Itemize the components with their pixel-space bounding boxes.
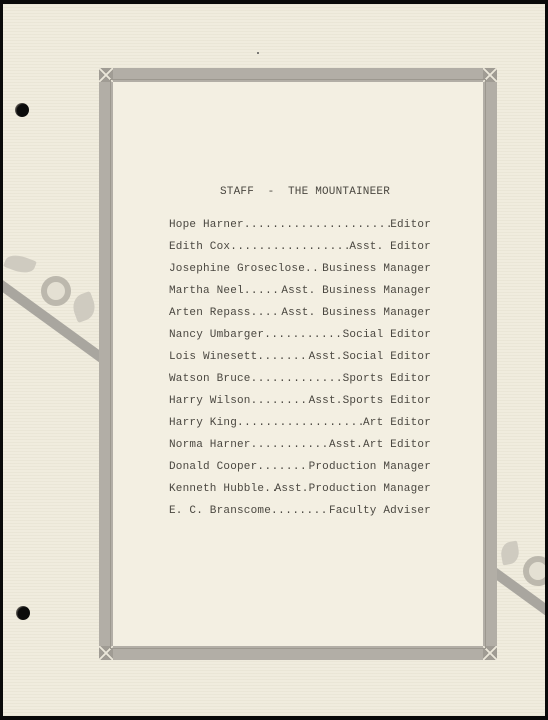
staff-role: Asst.Art Editor — [329, 439, 431, 451]
staff-role: Faculty Adviser — [329, 505, 431, 517]
staff-row: Nancy UmbargerSocial Editor — [169, 329, 431, 351]
staff-row: Watson BruceSports Editor — [169, 373, 431, 395]
staff-row: Josephine GrosecloseBusiness Manager — [169, 263, 431, 285]
staff-row: Kenneth HubbleAsst.Production Manager — [169, 483, 431, 505]
staff-row: Harry KingArt Editor — [169, 417, 431, 439]
staff-role: Editor — [390, 219, 431, 231]
staff-row: Norma HarnerAsst.Art Editor — [169, 439, 431, 461]
dot-leader — [237, 417, 363, 429]
page-content: STAFF - THE MOUNTAINEER Hope HarnerEdito… — [113, 82, 483, 646]
staff-role: Social Editor — [343, 329, 431, 341]
staff-row: Edith CoxAsst. Editor — [169, 241, 431, 263]
dot-leader — [244, 285, 282, 297]
staff-role: Art Editor — [363, 417, 431, 429]
staff-name: Watson Bruce — [169, 373, 251, 385]
corner-ornament — [483, 646, 497, 660]
staff-list: Hope HarnerEditorEdith CoxAsst. EditorJo… — [169, 219, 431, 527]
staff-role: Sports Editor — [343, 373, 431, 385]
paper-speck — [257, 52, 259, 54]
staff-row: Lois WinesettAsst.Social Editor — [169, 351, 431, 373]
dot-leader — [230, 241, 349, 253]
scanned-page: STAFF - THE MOUNTAINEER Hope HarnerEdito… — [3, 4, 545, 716]
dot-leader — [251, 395, 309, 407]
acanthus-leaf-ornament — [499, 541, 521, 566]
dot-leader — [264, 483, 274, 495]
staff-role: Asst.Production Manager — [275, 483, 431, 495]
dot-leader — [251, 373, 343, 385]
staff-role: Asst. Business Manager — [281, 307, 431, 319]
staff-name: Edith Cox — [169, 241, 230, 253]
staff-row: E. C. BranscomeFaculty Adviser — [169, 505, 431, 527]
staff-row: Harry WilsonAsst.Sports Editor — [169, 395, 431, 417]
dot-leader — [305, 263, 322, 275]
staff-role: Business Manager — [322, 263, 431, 275]
staff-name: Harry King — [169, 417, 237, 429]
staff-name: Kenneth Hubble — [169, 483, 264, 495]
dot-leader — [251, 439, 329, 451]
staff-role: Asst. Business Manager — [281, 285, 431, 297]
dot-leader — [257, 461, 308, 473]
staff-name: Hope Harner — [169, 219, 244, 231]
scroll-ornament — [523, 556, 545, 586]
acanthus-leaf-ornament — [69, 291, 99, 323]
dot-leader — [257, 351, 308, 363]
corner-ornament — [99, 68, 113, 82]
punch-hole — [15, 103, 29, 117]
staff-name: E. C. Branscome — [169, 505, 271, 517]
staff-role: Asst. Editor — [349, 241, 431, 253]
staff-name: Josephine Groseclose — [169, 263, 305, 275]
scroll-ornament — [41, 276, 71, 306]
staff-name: Arten Repass — [169, 307, 251, 319]
staff-row: Hope HarnerEditor — [169, 219, 431, 241]
acanthus-leaf-ornament — [3, 251, 37, 276]
staff-role: Asst.Sports Editor — [309, 395, 431, 407]
staff-name: Nancy Umbarger — [169, 329, 264, 341]
staff-row: Martha NeelAsst. Business Manager — [169, 285, 431, 307]
corner-ornament — [99, 646, 113, 660]
staff-role: Asst.Social Editor — [309, 351, 431, 363]
staff-name: Donald Cooper — [169, 461, 257, 473]
dot-leader — [271, 505, 329, 517]
punch-hole — [16, 606, 30, 620]
dot-leader — [251, 307, 282, 319]
dot-leader — [244, 219, 390, 231]
staff-name: Harry Wilson — [169, 395, 251, 407]
page-title: STAFF - THE MOUNTAINEER — [113, 186, 483, 198]
staff-role: Production Manager — [309, 461, 431, 473]
staff-name: Martha Neel — [169, 285, 244, 297]
corner-ornament — [483, 68, 497, 82]
staff-row: Donald CooperProduction Manager — [169, 461, 431, 483]
staff-name: Norma Harner — [169, 439, 251, 451]
decorative-border-frame: STAFF - THE MOUNTAINEER Hope HarnerEdito… — [99, 68, 497, 660]
dot-leader — [264, 329, 342, 341]
staff-name: Lois Winesett — [169, 351, 257, 363]
staff-row: Arten RepassAsst. Business Manager — [169, 307, 431, 329]
